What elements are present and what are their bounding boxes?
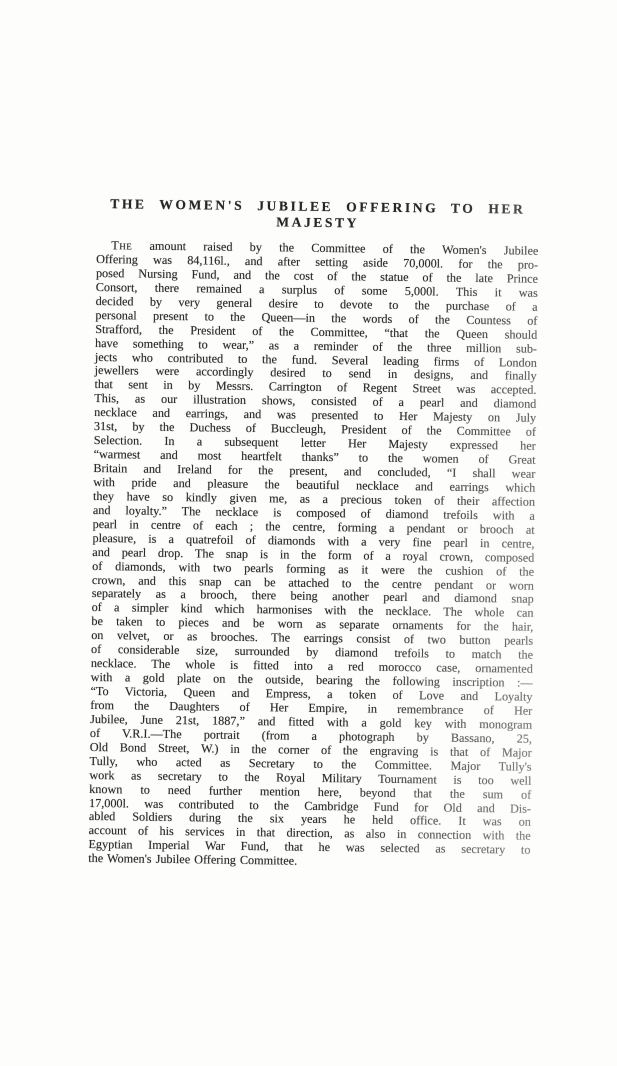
scanned-page: THE WOMEN'S JUBILEE OFFERING TO HER MAJE… [0,0,617,1066]
lead-word: The [111,238,132,252]
article-title: THE WOMEN'S JUBILEE OFFERING TO HER MAJE… [97,196,539,234]
article: THE WOMEN'S JUBILEE OFFERING TO HER MAJE… [88,196,539,872]
article-body: The amount raised by the Committee of th… [88,239,538,872]
